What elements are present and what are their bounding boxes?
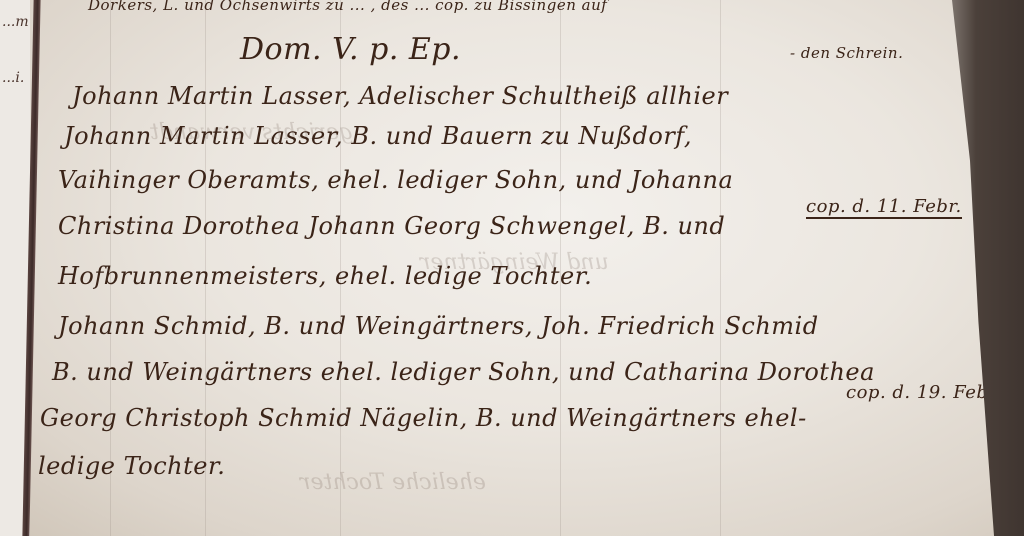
entry-1-line-2: Johann Martin Lasser, B. und Bauern zu N… bbox=[64, 122, 692, 150]
entry-2-line-2: B. und Weingärtners ehel. lediger Sohn, … bbox=[52, 358, 875, 386]
top-partial-line: Dörkers, L. und Ochsenwirts zu ... , des… bbox=[88, 0, 607, 14]
entry-1-copulation-date: cop. d. 11. Febr. bbox=[806, 196, 962, 217]
ink-bleed-through: eheliche Tochter bbox=[300, 470, 486, 495]
entry-1-line-3: Vaihinger Oberamts, ehel. lediger Sohn, … bbox=[58, 166, 733, 194]
entry-1-line-1: Johann Martin Lasser, Adelischer Schulth… bbox=[72, 82, 728, 110]
entry-2-line-1: Johann Schmid, B. und Weingärtners, Joh.… bbox=[58, 312, 819, 340]
left-margin-fragment: ...m bbox=[2, 14, 29, 30]
entry-1-line-5: Hofbrunnenmeisters, ehel. ledige Tochter… bbox=[58, 262, 592, 290]
entry-2-copulation-date: cop. d. 19. Febr. bbox=[846, 382, 1002, 403]
top-right-note: - den Schrein. bbox=[790, 44, 903, 62]
entry-2-line-4: ledige Tochter. bbox=[38, 452, 225, 480]
entry-1-line-4: Christina Dorothea Johann Georg Schwenge… bbox=[58, 212, 725, 240]
date-heading: Dom. V. p. Ep. bbox=[240, 32, 461, 67]
entry-2-line-3: Georg Christoph Schmid Nägelin, B. und W… bbox=[40, 404, 807, 432]
register-page: ...m ...i. gerichts verwandt und Weingär… bbox=[0, 0, 1024, 536]
ruled-line bbox=[720, 0, 721, 536]
left-margin-fragment: ...i. bbox=[2, 70, 24, 86]
page-shadow-edge bbox=[904, 0, 1024, 536]
